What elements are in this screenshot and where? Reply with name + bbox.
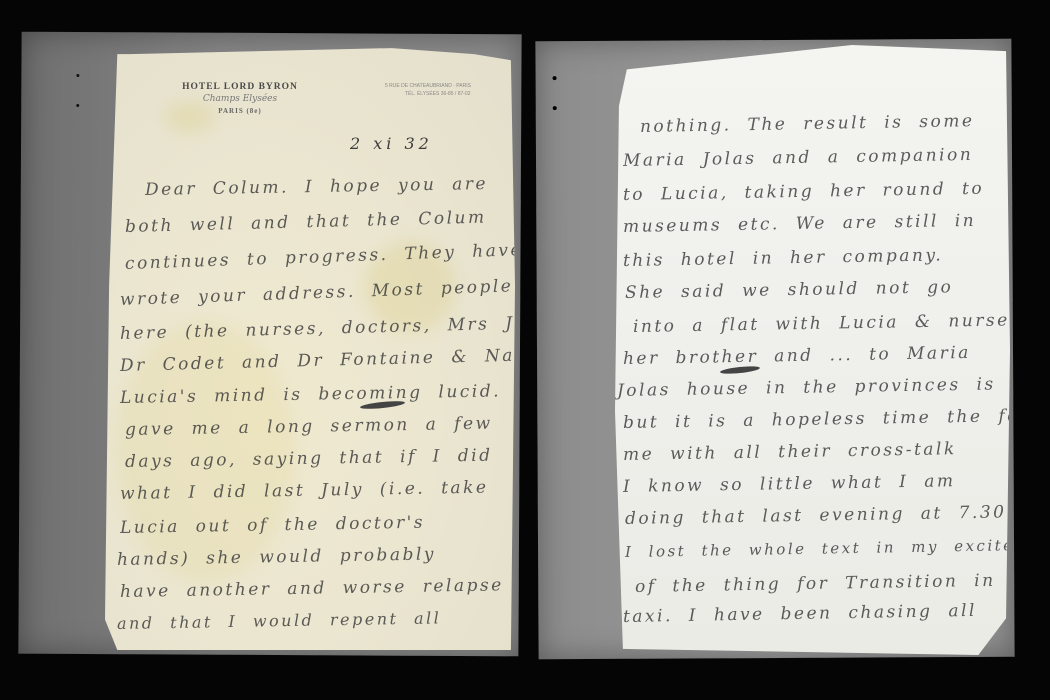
handwritten-line: Maria Jolas and a companion: [623, 145, 974, 171]
handwritten-line: doing that last evening at 7.30: [625, 502, 1007, 529]
letter-date: 2 xi 32: [350, 134, 433, 153]
letterhead-address-block: 5 RUE DE CHATEAUBRIAND · PARIS TÉL. ÉLYS…: [385, 82, 495, 98]
handwritten-line: Dear Colum. I hope you are: [145, 174, 488, 200]
punch-hole: [553, 106, 557, 110]
punch-hole: [76, 104, 79, 107]
letter-page-2: nothing. The result is some Maria Jolas …: [615, 45, 1010, 655]
letterhead-address: 5 RUE DE CHATEAUBRIAND · PARIS: [385, 82, 495, 90]
handwritten-line: to Lucia, taking her round to: [623, 179, 984, 205]
handwritten-line: but it is a hopeless time the fees: [623, 406, 1010, 433]
handwritten-line: She said we should not go: [625, 277, 954, 303]
handwritten-line: museums etc. We are still in: [623, 211, 977, 237]
punch-hole: [553, 76, 557, 80]
handwritten-line: Lucia out of the doctor's: [120, 513, 425, 538]
handwritten-line: have another and worse relapse: [120, 575, 504, 602]
handwritten-line: both well and that the Colum: [125, 208, 487, 237]
handwritten-line: this hotel in her company.: [623, 245, 943, 271]
letterhead-title: HOTEL LORD BYRON: [170, 82, 310, 92]
hotel-letterhead: HOTEL LORD BYRON Champs Elysées PARIS (8…: [170, 82, 310, 115]
letterhead-city: PARIS (8e): [170, 107, 310, 115]
letter-page-1: HOTEL LORD BYRON Champs Elysées PARIS (8…: [105, 42, 515, 650]
punch-hole: [76, 74, 79, 77]
letterhead-subtitle: Champs Elysées: [170, 94, 310, 104]
handwritten-line: wrote your address. Most people: [120, 276, 514, 310]
handwritten-line: I know so little what I am: [623, 471, 956, 497]
handwritten-line: of the thing for Transition in a: [635, 570, 1010, 597]
handwritten-line: into a flat with Lucia & nurse: [633, 310, 1010, 337]
letterhead-phone: TÉL. ÉLYSÉES 36-85 / 87-02: [385, 90, 495, 98]
handwritten-line: continues to progress. They have: [125, 240, 515, 274]
handwritten-line: I lost the whole text in my excitement: [625, 535, 1010, 561]
handwritten-line: hands) she would probably: [117, 544, 436, 570]
handwritten-line: Jolas house in the provinces is held: [617, 373, 1010, 401]
handwritten-line: here (the nurses, doctors, Mrs Jolas: [120, 313, 515, 344]
handwritten-line: nothing. The result is some: [640, 111, 975, 137]
handwritten-line: her brother and ... to Maria: [623, 343, 971, 369]
handwritten-line: me with all their cross-talk: [623, 439, 957, 465]
handwritten-line: taxi. I have been chasing all: [623, 601, 977, 627]
handwritten-line: and that I would repent all: [117, 608, 442, 633]
